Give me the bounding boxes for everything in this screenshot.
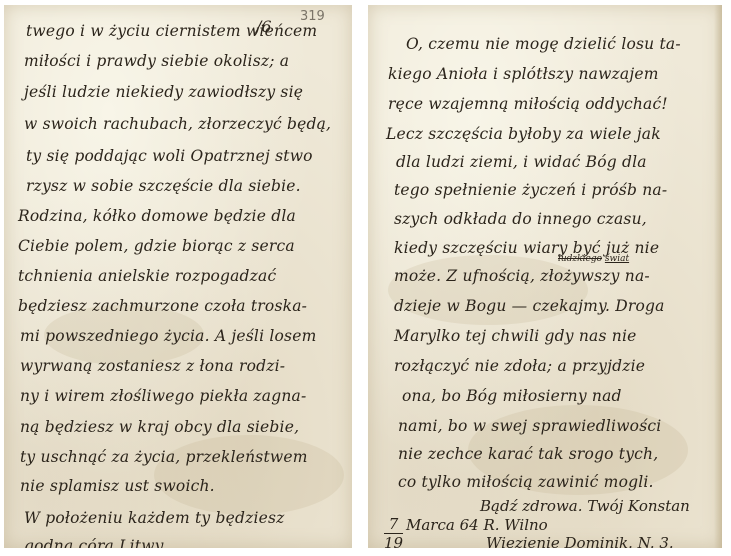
date-line: Marca 64 R. Wilno [406, 516, 548, 534]
text-line: jeśli ludzie niekiedy zawiodłszy się [24, 83, 303, 101]
text-line: w swoich rachubach, złorzeczyć będą, [24, 115, 331, 133]
text-line: ną będziesz w kraj obcy dla siebie, [20, 418, 299, 436]
text-line: ręce wzajemną miłością oddychać! [388, 95, 668, 113]
place-line: Więzienie Dominik. N. 3. [486, 534, 674, 548]
text-line: tego spełnienie życzeń i próśb na- [394, 181, 667, 199]
text-line: miłości i prawdy siebie okolisz; a [24, 52, 289, 70]
date-day-fraction: 7 19 [384, 515, 403, 548]
left-page-text: twego i w życiu ciernistem wieńcem miłoś… [4, 5, 352, 548]
text-line: szych odkłada do innego czasu, [394, 210, 647, 228]
text-line: Marylko tej chwili gdy nas nie [394, 327, 637, 345]
text-line: nami, bo w swej sprawiedliwości [398, 417, 661, 435]
added-word: świat [605, 254, 629, 264]
text-line: może. Z ufnością, złożywszy na- [394, 267, 650, 285]
text-line: tchnienia anielskie rozpogadzać [18, 267, 276, 285]
text-line: ty uschnąć za życia, przekleństwem [20, 448, 308, 466]
text-line: ny i wirem złośliwego piekła zagna- [20, 387, 306, 405]
text-line: kiego Anioła i splótłszy nawzajem [388, 65, 659, 83]
text-line: dla ludzi ziemi, i widać Bóg dla [396, 153, 647, 171]
manuscript-page-left: 319 /6 twego i w życiu ciernistem wieńce… [4, 5, 352, 548]
text-line: ona, bo Bóg miłosierny nad [402, 387, 622, 405]
date-denominator: 19 [384, 534, 403, 548]
date-numerator: 7 [384, 515, 403, 534]
text-line: dzieje w Bogu — czekajmy. Droga [394, 297, 665, 315]
text-line: W położeniu każdem ty będziesz [24, 509, 285, 527]
text-line: Lecz szczęścia byłoby za wiele jak [386, 125, 661, 143]
text-line: wyrwaną zostaniesz z łona rodzi- [20, 357, 285, 375]
struck-word: ludzkiego [558, 254, 602, 264]
text-line: Rodzina, kółko domowe będzie dla [18, 207, 296, 225]
text-line: co tylko miłością zawinić mogli. [398, 473, 654, 491]
text-line: nie splamisz ust swoich. [20, 477, 215, 495]
text-line: rozłączyć nie zdoła; a przyjdzie [394, 357, 645, 375]
text-line: rzysz w sobie szczęście dla siebie. [26, 177, 301, 195]
text-line: mi powszedniego życia. A jeśli losem [20, 327, 316, 345]
right-page-text: O, czemu nie mogę dzielić losu ta- kiego… [368, 5, 722, 548]
text-line: nie zechce karać tak srogo tych, [398, 445, 658, 463]
text-line: będziesz zachmurzone czoła troska- [18, 297, 307, 315]
text-line: godną córą Litwy. [24, 537, 167, 548]
text-line: Ciebie polem, gdzie biorąc z serca [18, 237, 295, 255]
interlinear-insertion: ludzkiego świat [558, 254, 629, 264]
manuscript-page-right: O, czemu nie mogę dzielić losu ta- kiego… [368, 5, 722, 548]
text-line: twego i w życiu ciernistem wieńcem [26, 22, 317, 40]
text-line: O, czemu nie mogę dzielić losu ta- [406, 35, 681, 53]
closing-signature: Bądź zdrowa. Twój Konstan [480, 497, 690, 515]
text-line: ty się poddając woli Opatrznej stwo [26, 147, 313, 165]
